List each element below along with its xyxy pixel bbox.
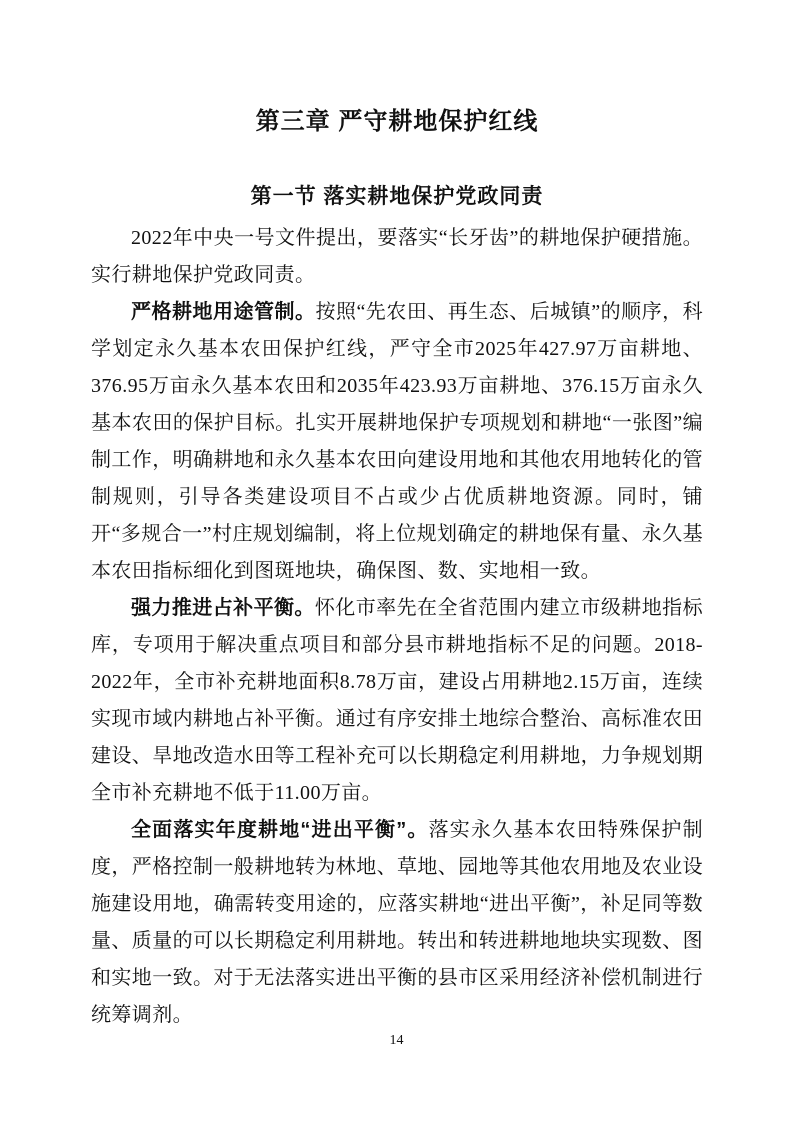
body-text: 2022年中央一号文件提出，要落实“长牙齿”的耕地保护硬措施。实行耕地保护党政同… xyxy=(91,220,703,1034)
paragraph: 2022年中央一号文件提出，要落实“长牙齿”的耕地保护硬措施。实行耕地保护党政同… xyxy=(91,220,703,294)
page-content: 第三章 严守耕地保护红线 第一节 落实耕地保护党政同责 2022年中央一号文件提… xyxy=(0,0,793,1034)
paragraph: 严格耕地用途管制。按照“先农田、再生态、后城镇”的顺序，科学划定永久基本农田保护… xyxy=(91,294,703,590)
section-title: 第一节 落实耕地保护党政同责 xyxy=(91,182,703,212)
page-number: 14 xyxy=(0,1031,793,1051)
chapter-title: 第三章 严守耕地保护红线 xyxy=(91,104,703,140)
paragraph-lead: 严格耕地用途管制。 xyxy=(131,301,315,323)
paragraph: 强力推进占补平衡。怀化市率先在全省范围内建立市级耕地指标库，专项用于解决重点项目… xyxy=(91,590,703,812)
paragraph: 全面落实年度耕地“进出平衡”。落实永久基本农田特殊保护制度，严格控制一般耕地转为… xyxy=(91,812,703,1034)
paragraph-text: 落实永久基本农田特殊保护制度，严格控制一般耕地转为林地、草地、园地等其他农用地及… xyxy=(91,819,703,1026)
document-page: 第三章 严守耕地保护红线 第一节 落实耕地保护党政同责 2022年中央一号文件提… xyxy=(0,0,793,1122)
paragraph-text: 2022年中央一号文件提出，要落实“长牙齿”的耕地保护硬措施。实行耕地保护党政同… xyxy=(91,227,703,286)
paragraph-text: 怀化市率先在全省范围内建立市级耕地指标库，专项用于解决重点项目和部分县市耕地指标… xyxy=(91,597,703,804)
paragraph-text: 按照“先农田、再生态、后城镇”的顺序，科学划定永久基本农田保护红线，严守全市20… xyxy=(91,301,703,582)
paragraph-lead: 全面落实年度耕地“进出平衡”。 xyxy=(131,819,429,841)
paragraph-lead: 强力推进占补平衡。 xyxy=(131,597,315,619)
